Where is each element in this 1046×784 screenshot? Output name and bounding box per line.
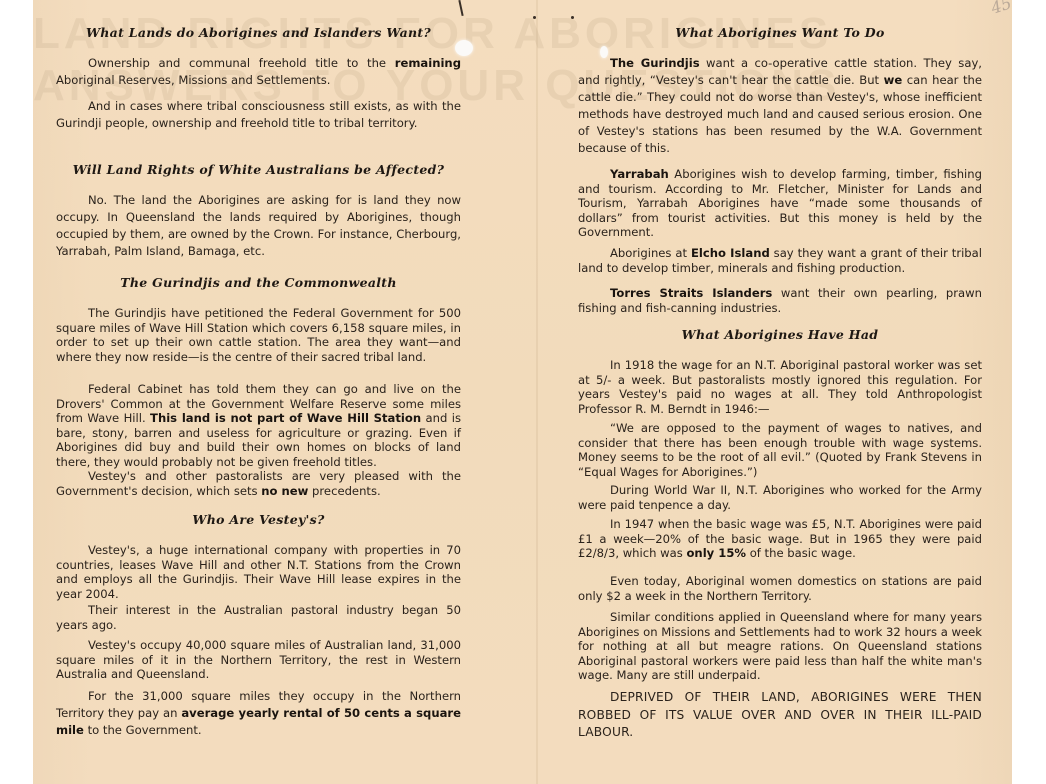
paragraph: The Gurindjis have petitioned the Federa… (56, 306, 461, 364)
document-page: LAND RIGHTS FOR ABORIGINES ANSWERS TO YO… (33, 0, 1012, 784)
section-heading: What Aborigines Want To Do (578, 26, 982, 41)
paragraph: Aborigines at Elcho Island say they want… (578, 246, 982, 275)
pencil-annotation: 45 (989, 0, 1012, 18)
punch-hole (455, 40, 473, 56)
section-heading: Who Are Vestey's? (56, 513, 461, 528)
paragraph: Vestey's, a huge international company w… (56, 543, 461, 601)
section-heading: What Aborigines Have Had (578, 328, 982, 343)
paragraph: No. The land the Aborigines are asking f… (56, 192, 461, 260)
paragraph: The Gurindjis want a co-operative cattle… (578, 55, 982, 157)
bold-emphasis: remaining (395, 56, 461, 70)
section-heading: The Gurindjis and the Commonwealth (56, 276, 461, 291)
bold-emphasis: This land is not part of Wave Hill Stati… (150, 411, 421, 425)
paragraph: Even today, Aboriginal women domestics o… (578, 574, 982, 603)
bold-emphasis: we (884, 73, 903, 87)
speck (533, 16, 536, 19)
page-fold (536, 0, 538, 784)
bold-emphasis: only 15% (686, 546, 746, 560)
paragraph: Their interest in the Australian pastora… (56, 603, 461, 632)
paragraph: Torres Straits Islanders want their own … (578, 286, 982, 315)
bold-emphasis: no new (261, 484, 308, 498)
speck (571, 16, 574, 19)
paragraph: In 1947 when the basic wage was £5, N.T.… (578, 517, 982, 561)
bold-emphasis: average yearly rental of 50 cents a squa… (56, 706, 461, 737)
paragraph: Similar conditions applied in Queensland… (578, 610, 982, 683)
bold-emphasis: Torres Straits Islanders (610, 286, 772, 300)
paragraph: “We are opposed to the payment of wages … (578, 421, 982, 479)
bold-emphasis: Yarrabah (610, 167, 669, 181)
paragraph: Yarrabah Aborigines wish to develop farm… (578, 167, 982, 240)
paragraph: Vestey's and other pastoralists are very… (56, 469, 461, 498)
paragraph: And in cases where tribal consciousness … (56, 98, 461, 132)
paragraph: For the 31,000 square miles they occupy … (56, 688, 461, 739)
closing-statement: DEPRIVED OF THEIR LAND, ABORIGINES WERE … (578, 689, 982, 742)
section-heading: Will Land Rights of White Australians be… (56, 163, 461, 178)
section-heading: What Lands do Aborigines and Islanders W… (56, 26, 461, 41)
paragraph: Ownership and communal freehold title to… (56, 55, 461, 89)
paragraph: During World War II, N.T. Aborigines who… (578, 483, 982, 512)
bold-emphasis: Elcho Island (691, 246, 770, 260)
paragraph: Vestey's occupy 40,000 square miles of A… (56, 638, 461, 682)
paragraph: In 1918 the wage for an N.T. Aboriginal … (578, 358, 982, 416)
paragraph: Federal Cabinet has told them they can g… (56, 382, 461, 469)
bold-emphasis: The Gurindjis (610, 56, 700, 70)
